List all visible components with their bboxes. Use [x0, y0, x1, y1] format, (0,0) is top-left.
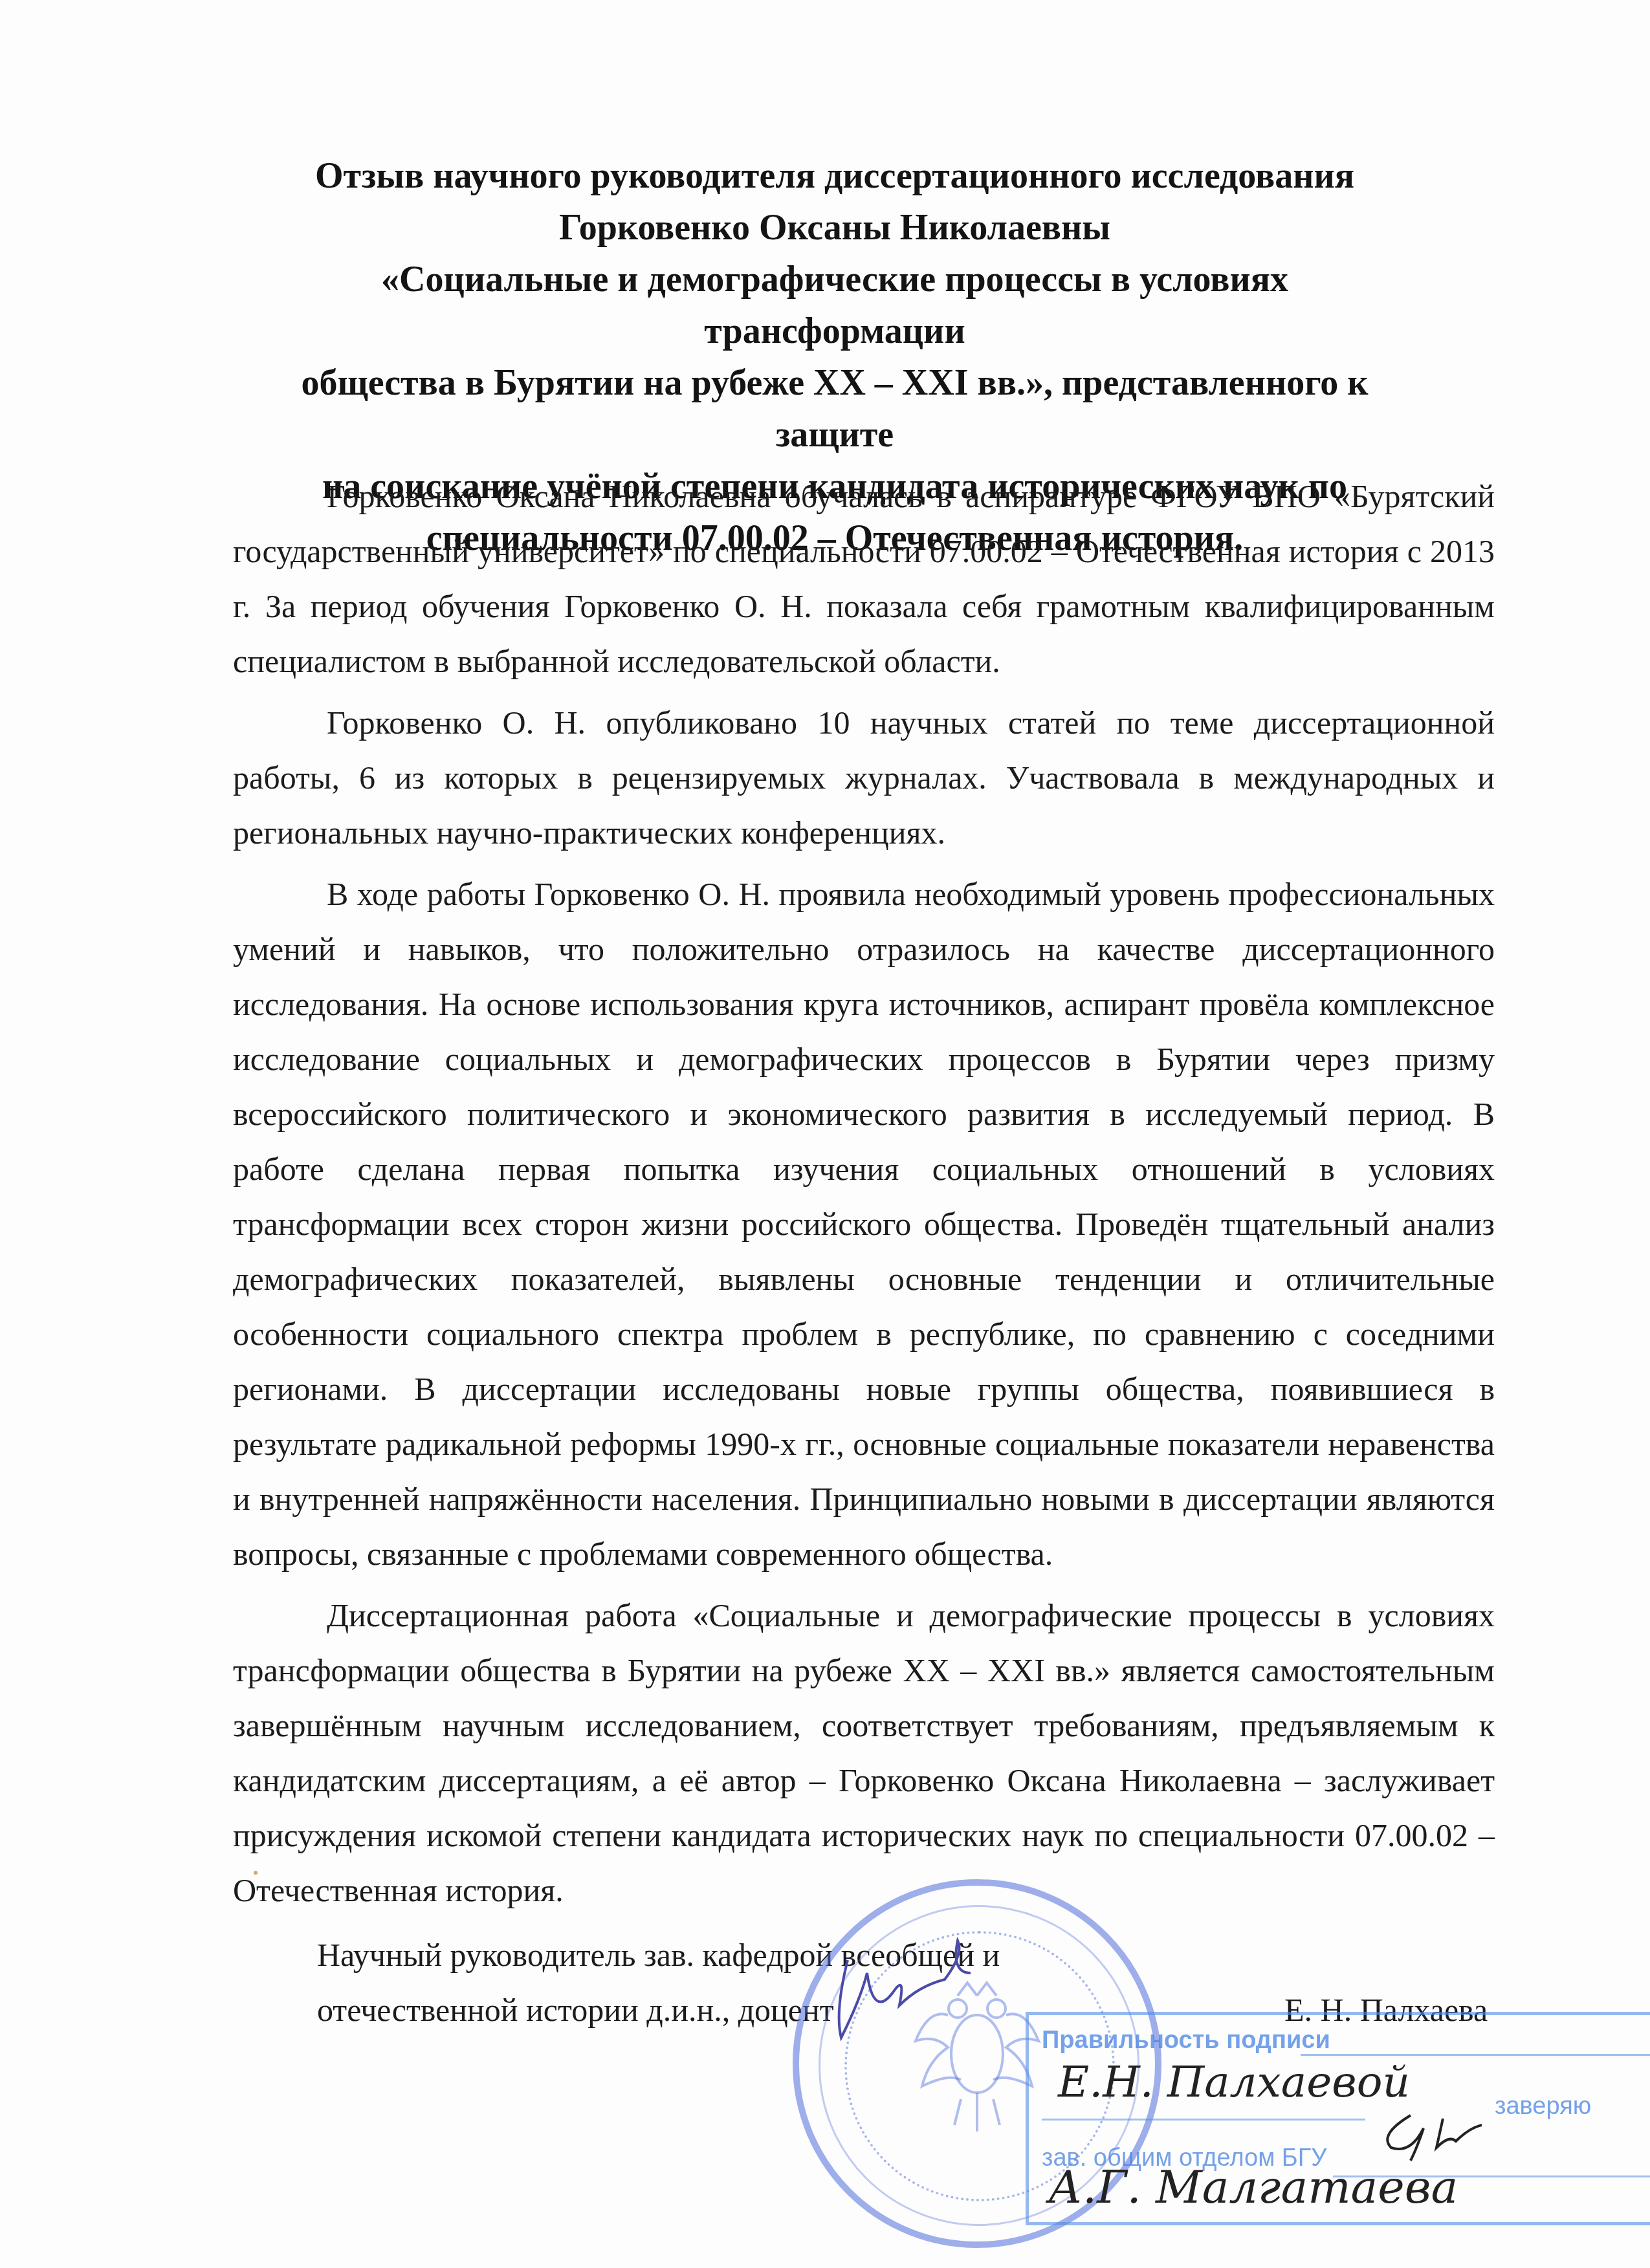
- certifier-signature-icon: [1372, 2109, 1495, 2167]
- paragraph-conclusion: Диссертационная работа «Социальные и дем…: [233, 1588, 1495, 1918]
- document-page: Отзыв научного руководителя диссертацион…: [0, 0, 1650, 2268]
- stamp-handwritten-name: Е.Н. Палхаевой: [1058, 2057, 1410, 2107]
- paper-speck: [254, 1871, 258, 1875]
- stamp-handwritten-signer: А.Г. Малгатаева: [1048, 2161, 1458, 2214]
- title-line-4: общества в Бурятии на рубеже XX – XXI вв…: [285, 357, 1385, 461]
- supervisor-signature-icon: [822, 1934, 990, 2051]
- paragraph-assessment: В ходе работы Горковенко О. Н. проявила …: [233, 867, 1495, 1582]
- stamp-line: [1042, 2119, 1365, 2121]
- title-line-2: Горковенко Оксаны Николаевны: [285, 202, 1385, 254]
- title-line-3: «Социальные и демографические процессы в…: [285, 254, 1385, 357]
- stamp-heading: Правильность подписи: [1042, 2027, 1330, 2055]
- stamp-line: [1301, 2054, 1650, 2056]
- paragraph-publications: Горковенко О. Н. опубликовано 10 научных…: [233, 695, 1495, 860]
- paragraph-study: Горковенко Оксана Николаевна обучалась в…: [233, 469, 1495, 689]
- stamp-certify-word: заверяю: [1495, 2093, 1591, 2121]
- document-body: Горковенко Оксана Николаевна обучалась в…: [233, 469, 1495, 1925]
- title-line-1: Отзыв научного руководителя диссертацион…: [285, 150, 1385, 202]
- signature-certification-stamp: Правильность подписи Е.Н. Палхаевой заве…: [1026, 2012, 1650, 2225]
